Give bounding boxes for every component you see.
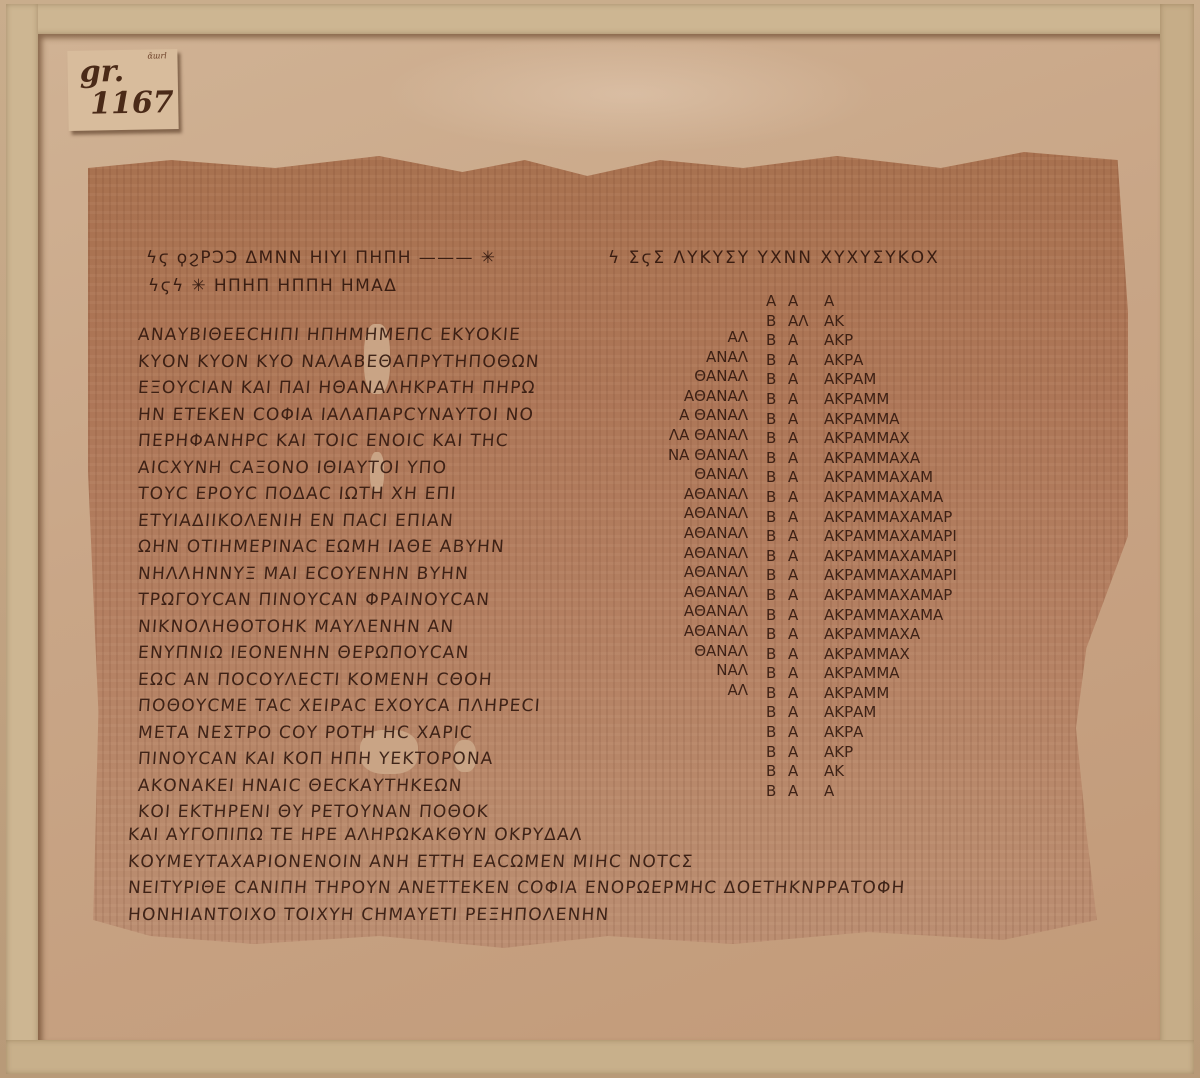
wing-line: Α [788, 645, 809, 665]
wing-line: Β [766, 370, 776, 390]
wing-line: Β [766, 449, 776, 469]
wing-line: ΑΚΡΑΜ [824, 703, 957, 723]
wing-line: ΛΑ ΘΑΝΑΛ [618, 426, 748, 446]
wing-line: Α [788, 468, 809, 488]
wing-line: ΑΝΑΛ [618, 348, 748, 368]
wing-line: Β [766, 606, 776, 626]
wing-line: ΑΚΡΑΜΜΑΧΑΜΑΡΙ [824, 566, 957, 586]
wing-line: Α [788, 762, 809, 782]
wing-line: ΑΘΑΝΑΛ [618, 485, 748, 505]
wing-line: ΑΘΑΝΑΛ [618, 504, 748, 524]
wing-line: Α [766, 292, 776, 312]
wing-line: Α [824, 292, 957, 312]
frame-rail-bottom [6, 1040, 1194, 1074]
wing-line: Α [824, 782, 957, 802]
wing-line: Β [766, 390, 776, 410]
text-line: ΜΕΤΑ ΝΕΣΤΡΟ ϹΟΥ ΡΟΤΗ ΗϹ ΧΑΡΙϹ [137, 720, 759, 747]
picture-frame: gr. ɑ̃ɯrl 1167 ϟϛ ϙϩΡϽϽ ΔΜΝΝ ΗΙΥΙ ΠΗΠΗ —… [0, 0, 1200, 1078]
text-line: ΠΙΝΟΥϹΑΝ ΚΑΙ ΚΟΠ ΗΠΗ ΥΕΚΤΟΡΟΝΑ [137, 746, 759, 773]
wing-line: ΑΚΡΑΜΜΑΧ [824, 429, 957, 449]
wing-line: Β [766, 664, 776, 684]
wing-line: Β [766, 488, 776, 508]
text-line: ΑΚΟΝΑΚΕΙ ΗΝΑΙϹ ΘΕϹΚΑΥΤΗΚΕΩΝ [137, 773, 759, 800]
header-text-line-right: ϟ ΣϛΣ ΛΥΚΥΣΥ ΥΧΝΝ ΧΥΧΥΣΥΚΟΧ [608, 248, 940, 268]
header-text-line: ϟϛϟ ✳ ΗΠΗΠ ΗΠΠΗ ΗΜΑΔ [148, 276, 397, 296]
wing-line: Β [766, 331, 776, 351]
wing-line: Α [788, 331, 809, 351]
wing-line: ΘΑΝΑΛ [618, 642, 748, 662]
papyrus-sheet: ϟϛ ϙϩΡϽϽ ΔΜΝΝ ΗΙΥΙ ΠΗΠΗ ——— ✳ ϟ ΣϛΣ ΛΥΚΥ… [88, 152, 1128, 952]
wing-line: ΑΚΡΑ [824, 723, 957, 743]
wing-line: ΑΘΑΝΑΛ [618, 544, 748, 564]
text-line: ΝΕΙΤΥΡΙΘΕ ϹΑΝΙΠΗ ΤΗΡΟΥΝ ΑΝΕΤΤΕΚΕΝ ϹΟΦΙΑ … [127, 875, 1129, 902]
wing-line: ΑΚΡ [824, 743, 957, 763]
wing-line: Α [788, 429, 809, 449]
wing-line: Α [788, 782, 809, 802]
closing-text-block: ΚΑΙ ΑΥΓΟΠΙΠΩ ΤΕ ΗΡΕ ΑΛΗΡΩΚΑΚΘΥΝ ΟΚΡΥΔΑΛ … [128, 822, 1128, 928]
wing-line: Α [788, 684, 809, 704]
wing-line: Β [766, 703, 776, 723]
wing-line: ΑΚΡΑΜΜΑΧΑ [824, 625, 957, 645]
text-line: ΚΑΙ ΑΥΓΟΠΙΠΩ ΤΕ ΗΡΕ ΑΛΗΡΩΚΑΚΘΥΝ ΟΚΡΥΔΑΛ [127, 822, 1129, 849]
wing-line: Β [766, 547, 776, 567]
wing-line: ΑΚΡΑ [824, 351, 957, 371]
inventory-label: gr. ɑ̃ɯrl 1167 [67, 49, 178, 131]
wing-line: ΑΚΡΑΜΜΑΧΑΜΑ [824, 488, 957, 508]
wing-line: Α [788, 723, 809, 743]
wing-line: ΑΚΡΑΜΜΑΧΑ [824, 449, 957, 469]
wing-line: ΘΑΝΑΛ [618, 465, 748, 485]
wing-line: ΝΑ ΘΑΝΑΛ [618, 446, 748, 466]
wing-line: Α [788, 586, 809, 606]
wing-formula-akrammachamari: Α ΑΚ ΑΚΡ ΑΚΡΑ ΑΚΡΑΜ ΑΚΡΑΜΜ ΑΚΡΑΜΜΑ ΑΚΡΑΜ… [824, 292, 957, 801]
wing-line: ΑΚ [824, 762, 957, 782]
wing-line: Α [788, 292, 809, 312]
wing-line: Β [766, 625, 776, 645]
wing-line: Β [766, 645, 776, 665]
wing-line: Β [766, 410, 776, 430]
wing-line: Α [788, 547, 809, 567]
wing-line: Α [788, 370, 809, 390]
wing-line: ΘΑΝΑΛ [618, 367, 748, 387]
wing-line: Α [788, 449, 809, 469]
wing-line: ΑΘΑΝΑΛ [618, 583, 748, 603]
wing-line: ΑΚΡΑΜ [824, 370, 957, 390]
frame-rail-top [6, 4, 1194, 34]
wing-line: ΑΛ [788, 312, 809, 332]
text-line: ΗΟΝΗΙΑΝΤΟΙΧΟ ΤΟΙΧΥΗ ϹΗΜΑΥΕΤΙ ΡΕΞΗΠΟΛΕΝΗΝ [127, 902, 1129, 929]
wing-line: Β [766, 429, 776, 449]
wing-line: Β [766, 508, 776, 528]
glass-glare [380, 34, 880, 154]
wing-line: ΑΚΡΑΜΜΑ [824, 410, 957, 430]
wing-line: Α [788, 410, 809, 430]
wing-line: ΑΚΡΑΜΜΑΧΑΜ [824, 468, 957, 488]
wing-line: Β [766, 312, 776, 332]
wing-formula-beta-column: Α Β Β Β Β Β Β Β Β Β Β Β Β Β Β Β Β Β Β Β … [766, 292, 776, 801]
wing-line: ΑΚΡ [824, 331, 957, 351]
wing-line: ΑΘΑΝΑΛ [618, 524, 748, 544]
wing-line: Α [788, 606, 809, 626]
wing-line: ΑΚΡΑΜΜΑΧ [824, 645, 957, 665]
wing-line: ΑΛ [618, 681, 748, 701]
wing-formula-ablanathanalba: ΑΛ ΑΝΑΛ ΘΑΝΑΛ ΑΘΑΝΑΛ Α ΘΑΝΑΛ ΛΑ ΘΑΝΑΛ ΝΑ… [618, 328, 748, 700]
label-number: 1167 [90, 85, 174, 121]
wing-line: Α [788, 664, 809, 684]
wing-line: Α [788, 351, 809, 371]
wing-line: ΑΚΡΑΜΜ [824, 684, 957, 704]
wing-line: ΝΑΛ [618, 661, 748, 681]
wing-line: Β [766, 586, 776, 606]
header-text-line: ϟϛ ϙϩΡϽϽ ΔΜΝΝ ΗΙΥΙ ΠΗΠΗ ——— ✳ [146, 248, 496, 268]
wing-line: Α [788, 703, 809, 723]
wing-line: ΑΚΡΑΜΜΑΧΑΜΑΡ [824, 508, 957, 528]
wing-line: Α [788, 527, 809, 547]
wing-line: Α [788, 508, 809, 528]
wing-line: Β [766, 527, 776, 547]
wing-line: Α [788, 743, 809, 763]
label-collection: gr. [79, 54, 124, 90]
wing-line: ΑΚ [824, 312, 957, 332]
text-line: ΚΟΥΜΕΥΤΑΧΑΡΙΟΝΕΝΟΙΝ ΑΝΗ ΕΤΤΗ ΕΑϹΩΜΕΝ ΜΙΗ… [127, 849, 1129, 876]
wing-line: ΑΘΑΝΑΛ [618, 387, 748, 407]
wing-line: Β [766, 723, 776, 743]
wing-line: ΑΘΑΝΑΛ [618, 602, 748, 622]
wing-line: Β [766, 743, 776, 763]
wing-line: Β [766, 782, 776, 802]
wing-line: Α [788, 566, 809, 586]
wing-line: Β [766, 566, 776, 586]
wing-line: ΑΚΡΑΜΜΑ [824, 664, 957, 684]
wing-formula-alpha-column: Α ΑΛ Α Α Α Α Α Α Α Α Α Α Α Α Α Α Α Α Α Α… [788, 292, 809, 801]
wing-line: Α [788, 390, 809, 410]
wing-line: Β [766, 762, 776, 782]
wing-line: Α ΘΑΝΑΛ [618, 406, 748, 426]
frame-rail-left [6, 4, 38, 1074]
wing-line: ΑΚΡΑΜΜΑΧΑΜΑΡΙ [824, 547, 957, 567]
frame-rail-right [1160, 4, 1194, 1074]
wing-line: ΑΘΑΝΑΛ [618, 622, 748, 642]
wing-line: Α [788, 625, 809, 645]
wing-line: ΑΛ [618, 328, 748, 348]
wing-line: Β [766, 684, 776, 704]
wing-line: Α [788, 488, 809, 508]
wing-line: Β [766, 351, 776, 371]
wing-line: ΑΚΡΑΜΜ [824, 390, 957, 410]
wing-line: ΑΚΡΑΜΜΑΧΑΜΑΡ [824, 586, 957, 606]
label-note: ɑ̃ɯrl [147, 51, 167, 60]
wing-line: ΑΚΡΑΜΜΑΧΑΜΑΡΙ [824, 527, 957, 547]
wing-line: ΑΚΡΑΜΜΑΧΑΜΑ [824, 606, 957, 626]
wing-line: Β [766, 468, 776, 488]
wing-line: ΑΘΑΝΑΛ [618, 563, 748, 583]
